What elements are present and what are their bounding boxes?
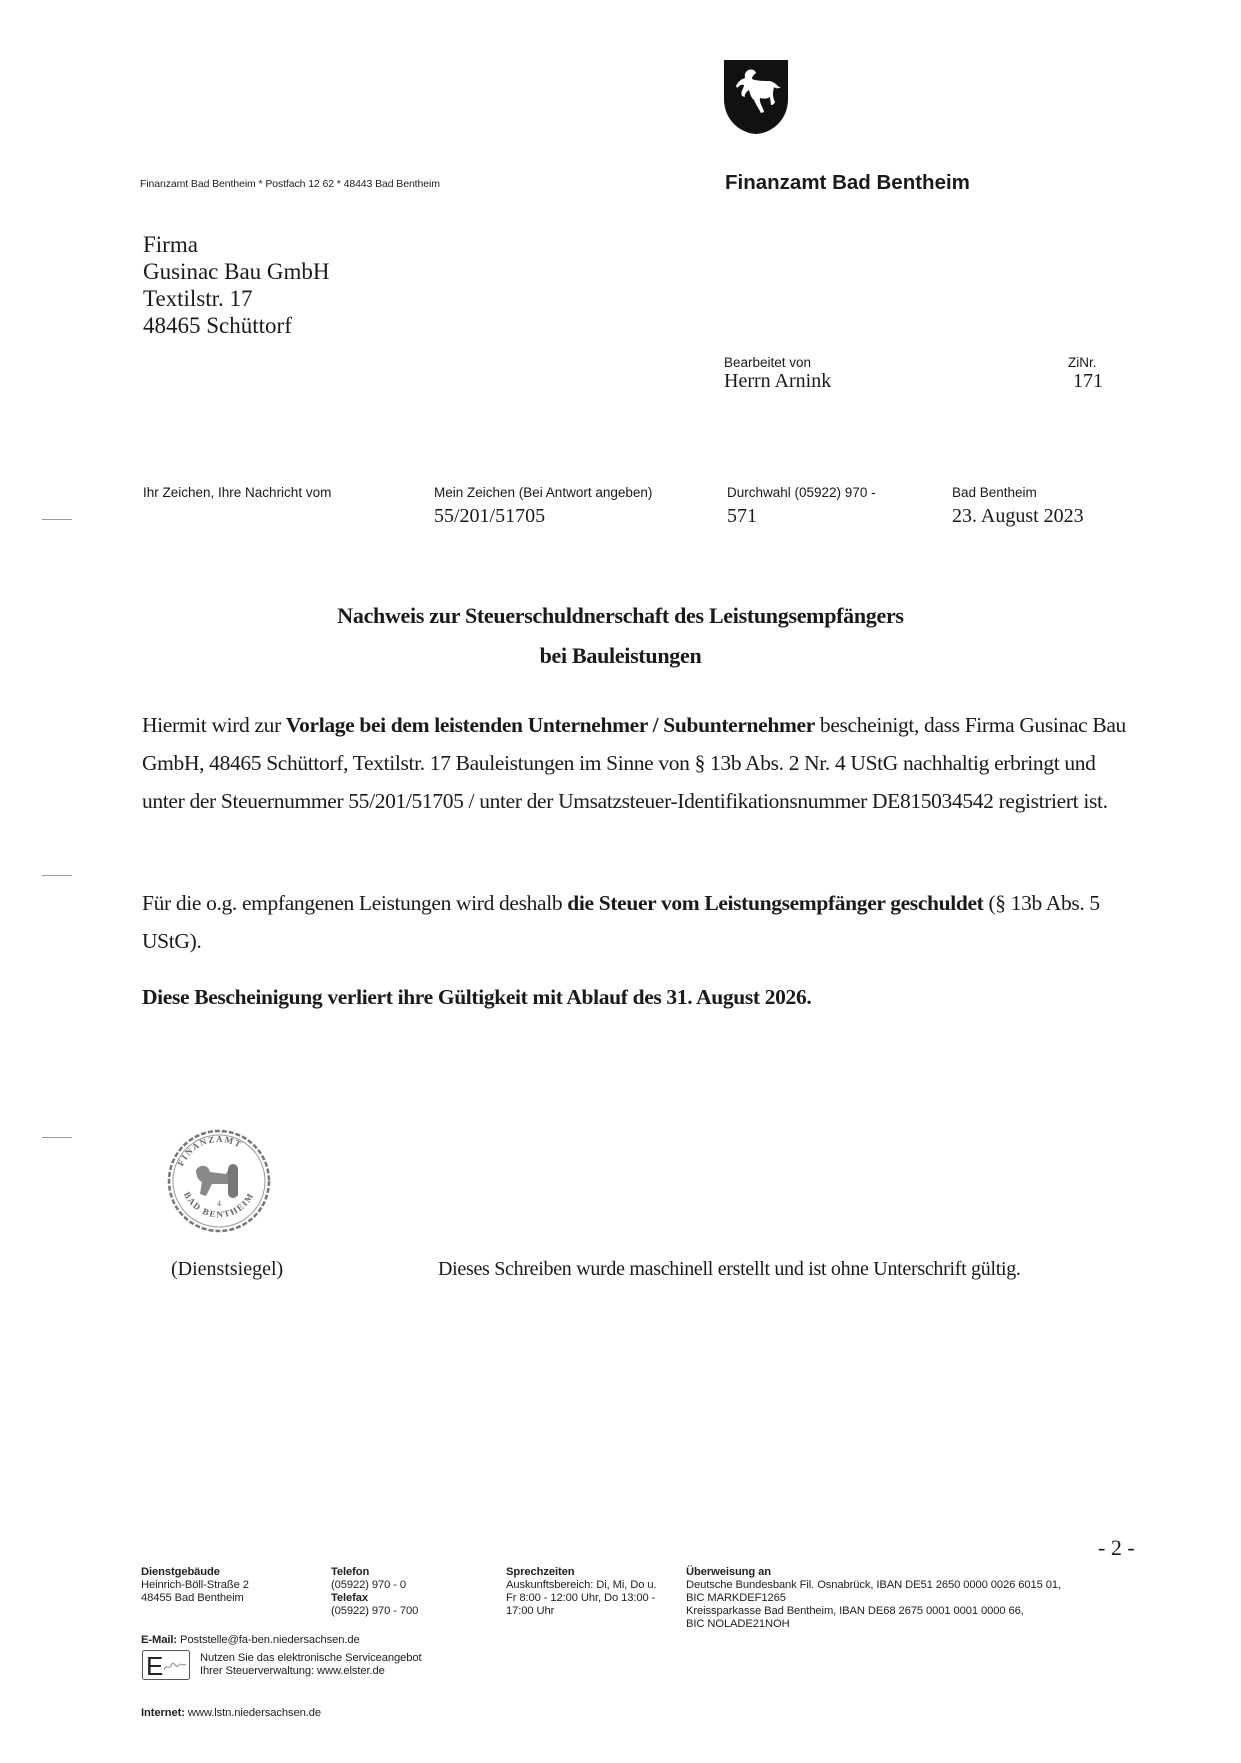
footer-internet-link[interactable]: www.lstn.niedersachsen.de	[188, 1707, 321, 1719]
footer-elster-note: Nutzen Sie das elektronische Serviceange…	[200, 1652, 421, 1678]
emphasis-presentation: Vorlage bei dem leistenden Unternehmer /…	[286, 713, 815, 737]
processed-by-label: Bearbeitet von	[724, 355, 811, 370]
recipient-line: Firma	[143, 231, 330, 258]
footer-internet: Internet: www.lstn.niedersachsen.de	[141, 1707, 321, 1720]
footer-phone-value: (05922) 970 - 0	[331, 1579, 406, 1591]
room-number-label: ZiNr.	[1068, 355, 1097, 370]
footer-email: E-Mail: Poststelle@fa-ben.niedersachsen.…	[141, 1634, 360, 1647]
processed-by-value: Herrn Arnink	[724, 370, 831, 393]
footer-office-hours: Sprechzeiten Auskunftsbereich: Di, Mi, D…	[506, 1566, 656, 1618]
svg-text:FINANZAMT: FINANZAMT	[175, 1134, 244, 1168]
machine-generated-note: Dieses Schreiben wurde maschinell erstel…	[438, 1258, 1021, 1281]
fold-mark-top	[42, 519, 72, 520]
certification-paragraph: Hiermit wird zur Vorlage bei dem leisten…	[142, 706, 1127, 820]
our-reference-value: 55/201/51705	[434, 505, 545, 528]
footer-phone-label: Telefon	[331, 1566, 369, 1578]
room-number-value: 171	[1073, 370, 1103, 393]
subject-line-1: Nachweis zur Steuerschuldnerschaft des L…	[0, 596, 1241, 636]
emphasis-tax-liability: die Steuer vom Leistungsempfänger geschu…	[567, 891, 983, 915]
footer-building-label: Dienstgebäude	[141, 1566, 220, 1578]
validity-statement: Diese Bescheinigung verliert ihre Gültig…	[142, 978, 1127, 1016]
letter-date: 23. August 2023	[952, 505, 1084, 528]
elster-logo-icon: E	[142, 1650, 190, 1680]
letter-subject: Nachweis zur Steuerschuldnerschaft des L…	[0, 596, 1241, 676]
page-number: - 2 -	[1098, 1535, 1135, 1561]
fold-mark-middle	[42, 875, 72, 876]
recipient-city: 48465 Schüttorf	[143, 312, 330, 339]
direct-dial-value: 571	[727, 505, 757, 528]
subject-line-2: bei Bauleistungen	[0, 636, 1241, 676]
footer-bank-details: Überweisung an Deutsche Bundesbank Fil. …	[686, 1566, 1061, 1631]
recipient-company: Gusinac Bau GmbH	[143, 258, 330, 285]
svg-text:E: E	[146, 1651, 163, 1680]
footer-fax-label: Telefax	[331, 1592, 368, 1604]
seal-label: (Dienstsiegel)	[171, 1258, 283, 1281]
recipient-address: Firma Gusinac Bau GmbH Textilstr. 17 484…	[143, 231, 330, 339]
your-reference-label: Ihr Zeichen, Ihre Nachricht vom	[143, 485, 331, 500]
footer-building: Dienstgebäude Heinrich-Böll-Straße 2 484…	[141, 1566, 249, 1605]
sender-return-address: Finanzamt Bad Bentheim * Postfach 12 62 …	[140, 178, 440, 190]
official-seal-icon: 4 FINANZAMT BAD BENTHEIM	[166, 1128, 272, 1234]
footer-hours-label: Sprechzeiten	[506, 1566, 574, 1578]
fold-mark-bottom	[42, 1137, 72, 1138]
footer-fax-value: (05922) 970 - 700	[331, 1605, 418, 1617]
footer-phone: Telefon (05922) 970 - 0 Telefax (05922) …	[331, 1566, 418, 1618]
office-title: Finanzamt Bad Bentheim	[725, 171, 970, 195]
footer-transfer-label: Überweisung an	[686, 1566, 771, 1578]
place-label: Bad Bentheim	[952, 485, 1037, 500]
tax-liability-paragraph: Für die o.g. empfangenen Leistungen wird…	[142, 884, 1127, 960]
footer-email-link[interactable]: Poststelle@fa-ben.niedersachsen.de	[180, 1634, 360, 1646]
recipient-street: Textilstr. 17	[143, 285, 330, 312]
our-reference-label: Mein Zeichen (Bei Antwort angeben)	[434, 485, 652, 500]
svg-text:4: 4	[217, 1199, 221, 1208]
direct-dial-label: Durchwahl (05922) 970 -	[727, 485, 876, 500]
lower-saxony-horse-shield-icon	[723, 59, 789, 135]
